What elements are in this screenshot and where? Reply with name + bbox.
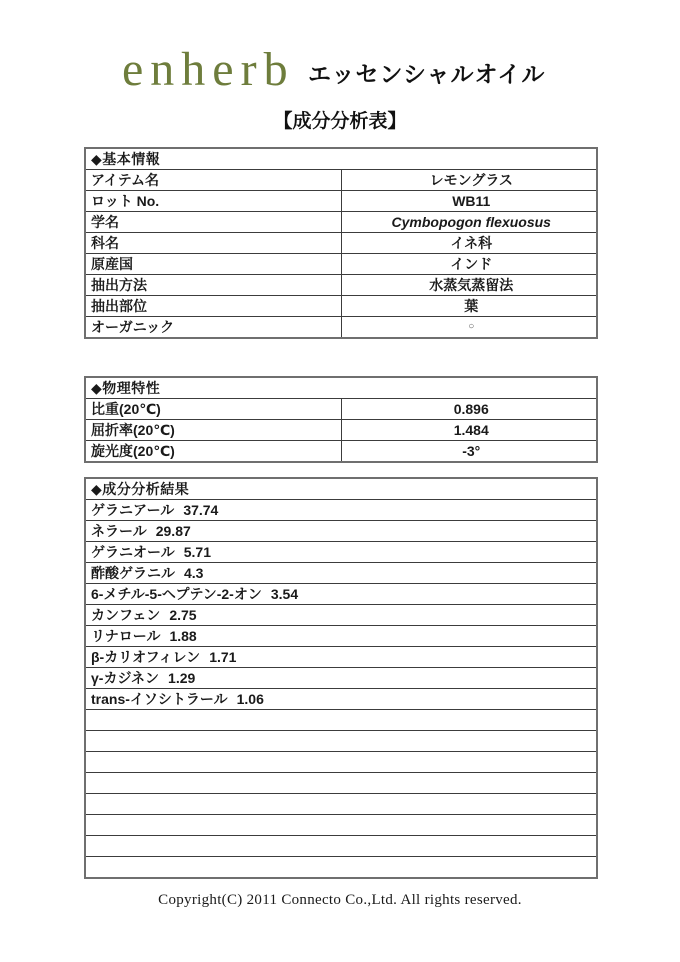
- row-label: 抽出方法: [85, 275, 341, 296]
- empty-cell: [85, 794, 597, 815]
- copyright-notice: Copyright(C) 2011 Connecto Co.,Ltd. All …: [0, 892, 680, 909]
- component-value: 29.87: [156, 523, 191, 539]
- row-label: 屈折率(20℃): [85, 420, 341, 441]
- component-cell: カンフェン2.75: [85, 605, 597, 626]
- component-row: γ-カジネン1.29: [85, 668, 597, 689]
- table-row: ロット No. WB11: [85, 191, 597, 212]
- component-row: 酢酸ゲラニル4.3: [85, 563, 597, 584]
- analysis-results-section-title: ◆成分分析結果: [85, 478, 597, 500]
- section-header-row: ◆物理特性: [85, 377, 597, 399]
- empty-row: [85, 731, 597, 752]
- empty-row: [85, 794, 597, 815]
- component-row: ネラール29.87: [85, 521, 597, 542]
- component-row: リナロール1.88: [85, 626, 597, 647]
- component-name: γ-カジネン: [91, 670, 159, 686]
- section-header-row: ◆成分分析結果: [85, 478, 597, 500]
- component-row: 6-メチル-5-ヘプテン-2-オン3.54: [85, 584, 597, 605]
- table-row: 抽出方法 水蒸気蒸留法: [85, 275, 597, 296]
- physical-properties-section-title: ◆物理特性: [85, 377, 597, 399]
- row-label: ロット No.: [85, 191, 341, 212]
- row-value-scientific-name: Cymbopogon flexuosus: [341, 212, 597, 233]
- component-value: 5.71: [184, 544, 211, 560]
- table-row: 学名 Cymbopogon flexuosus: [85, 212, 597, 233]
- component-name: ネラール: [91, 523, 147, 539]
- component-cell: β-カリオフィレン1.71: [85, 647, 597, 668]
- row-value: レモングラス: [341, 170, 597, 191]
- table-row: 屈折率(20℃) 1.484: [85, 420, 597, 441]
- component-cell: γ-カジネン1.29: [85, 668, 597, 689]
- organic-mark: ○: [341, 317, 597, 339]
- product-type-title: エッセンシャルオイル: [308, 56, 545, 89]
- component-value: 2.75: [169, 607, 196, 623]
- empty-cell: [85, 710, 597, 731]
- empty-cell: [85, 731, 597, 752]
- row-value: 1.484: [341, 420, 597, 441]
- row-label: 科名: [85, 233, 341, 254]
- component-name: カンフェン: [91, 607, 160, 623]
- row-value: -3°: [341, 441, 597, 463]
- component-row: ゲラニオール5.71: [85, 542, 597, 563]
- component-value: 4.3: [184, 565, 203, 581]
- component-row: trans-イソシトラール1.06: [85, 689, 597, 710]
- component-name: 酢酸ゲラニル: [91, 565, 175, 581]
- component-value: 1.29: [168, 670, 195, 686]
- empty-cell: [85, 752, 597, 773]
- component-cell: ゲラニアール37.74: [85, 500, 597, 521]
- row-value: イネ科: [341, 233, 597, 254]
- component-name: ゲラニアール: [91, 502, 174, 518]
- row-value: 水蒸気蒸留法: [341, 275, 597, 296]
- component-cell: 酢酸ゲラニル4.3: [85, 563, 597, 584]
- empty-row: [85, 836, 597, 857]
- row-value: 0.896: [341, 399, 597, 420]
- component-cell: ネラール29.87: [85, 521, 597, 542]
- row-value: インド: [341, 254, 597, 275]
- component-cell: リナロール1.88: [85, 626, 597, 647]
- component-value: 1.06: [237, 691, 264, 707]
- row-value: 葉: [341, 296, 597, 317]
- component-cell: trans-イソシトラール1.06: [85, 689, 597, 710]
- table-row: 比重(20℃) 0.896: [85, 399, 597, 420]
- section-header-row: ◆基本情報: [85, 148, 597, 170]
- table-row: オーガニック ○: [85, 317, 597, 339]
- row-label: 旋光度(20℃): [85, 441, 341, 463]
- component-name: リナロール: [91, 628, 160, 644]
- enherb-logo: enherb: [122, 40, 295, 100]
- component-value: 3.54: [271, 586, 298, 602]
- basic-info-section-title: ◆基本情報: [85, 148, 597, 170]
- empty-row: [85, 773, 597, 794]
- table-row: 原産国 インド: [85, 254, 597, 275]
- component-row: ゲラニアール37.74: [85, 500, 597, 521]
- table-row: 旋光度(20℃) -3°: [85, 441, 597, 463]
- component-row: カンフェン2.75: [85, 605, 597, 626]
- component-name: β-カリオフィレン: [91, 649, 200, 665]
- row-label: アイテム名: [85, 170, 341, 191]
- table-row: 科名 イネ科: [85, 233, 597, 254]
- empty-cell: [85, 773, 597, 794]
- component-cell: 6-メチル-5-ヘプテン-2-オン3.54: [85, 584, 597, 605]
- component-value: 37.74: [183, 502, 218, 518]
- empty-cell: [85, 857, 597, 878]
- analysis-results-table: ◆成分分析結果 ゲラニアール37.74 ネラール29.87 ゲラニオール5.71…: [84, 477, 598, 879]
- empty-row: [85, 710, 597, 731]
- component-row: β-カリオフィレン1.71: [85, 647, 597, 668]
- row-label: 原産国: [85, 254, 341, 275]
- row-label: オーガニック: [85, 317, 341, 339]
- table-row: 抽出部位 葉: [85, 296, 597, 317]
- component-analysis-sheet: enherb エッセンシャルオイル 【成分分析表】 ◆基本情報 アイテム名 レモ…: [0, 0, 680, 962]
- header: enherb エッセンシャルオイル 【成分分析表】: [0, 0, 680, 147]
- component-value: 1.88: [169, 628, 196, 644]
- row-value: WB11: [341, 191, 597, 212]
- empty-row: [85, 815, 597, 836]
- component-cell: ゲラニオール5.71: [85, 542, 597, 563]
- component-name: 6-メチル-5-ヘプテン-2-オン: [91, 586, 262, 602]
- row-label: 学名: [85, 212, 341, 233]
- empty-cell: [85, 815, 597, 836]
- row-label: 抽出部位: [85, 296, 341, 317]
- component-value: 1.71: [209, 649, 236, 665]
- row-label: 比重(20℃): [85, 399, 341, 420]
- table-row: アイテム名 レモングラス: [85, 170, 597, 191]
- empty-row: [85, 857, 597, 878]
- basic-info-table: ◆基本情報 アイテム名 レモングラス ロット No. WB11 学名 Cymbo…: [84, 147, 598, 339]
- empty-row: [85, 752, 597, 773]
- empty-cell: [85, 836, 597, 857]
- physical-properties-table: ◆物理特性 比重(20℃) 0.896 屈折率(20℃) 1.484 旋光度(2…: [84, 376, 598, 463]
- component-name: trans-イソシトラール: [91, 691, 228, 707]
- sheet-title: 【成分分析表】: [0, 106, 680, 133]
- component-name: ゲラニオール: [91, 544, 175, 560]
